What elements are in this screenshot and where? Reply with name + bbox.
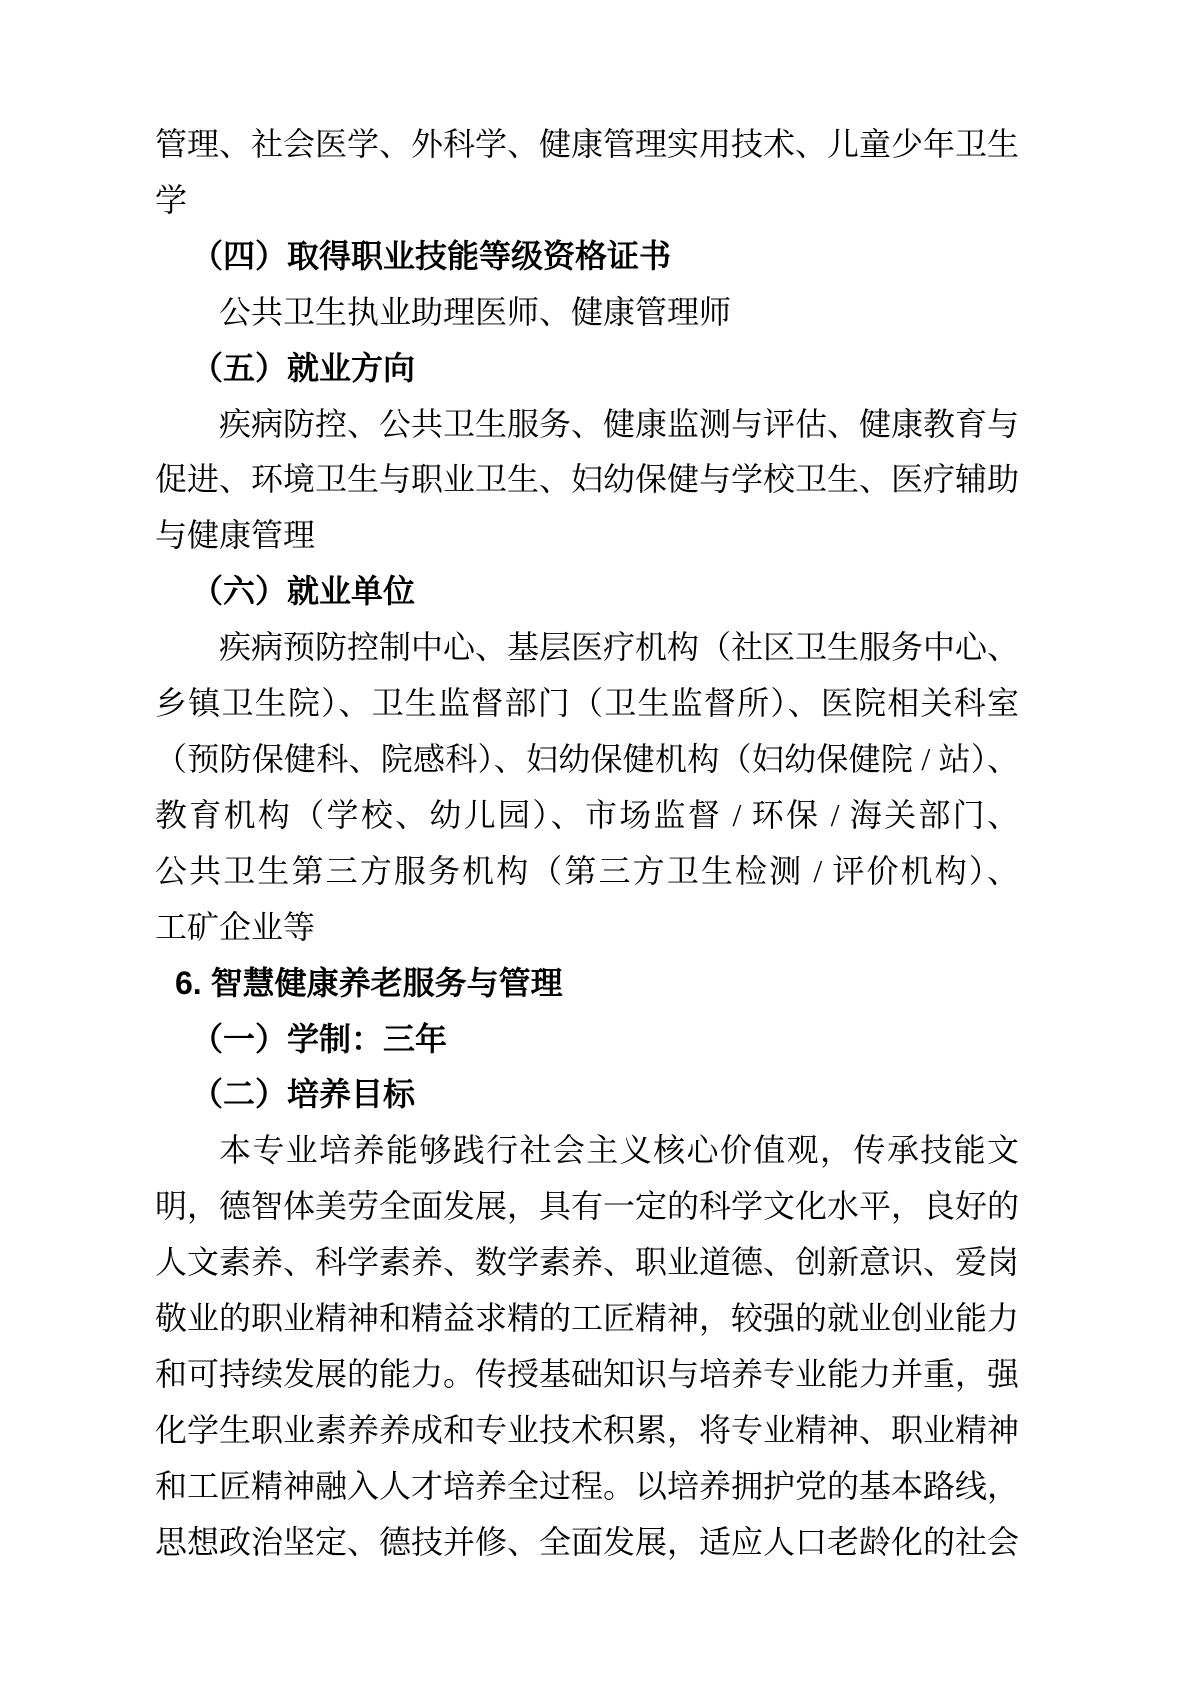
paragraph-line: 学 (155, 173, 1019, 229)
paragraph-line: 公共卫生第三方服务机构（第三方卫生检测 / 评价机构）、 (155, 844, 1019, 900)
paragraph-line: 疾病防控、公共卫生服务、健康监测与评估、健康教育与 (155, 397, 1019, 453)
paragraph-line: 与健康管理 (155, 508, 1019, 564)
paragraph-line: 管理、社会医学、外科学、健康管理实用技术、儿童少年卫生 (155, 117, 1019, 173)
paragraph-line: 和工匠精神融入人才培养全过程。以培养拥护党的基本路线， (155, 1459, 1019, 1515)
paragraph-line: 本专业培养能够践行社会主义核心价值观，传承技能文 (155, 1123, 1019, 1179)
paragraph-line: 人文素养、科学素养、数学素养、职业道德、创新意识、爱岗 (155, 1235, 1019, 1291)
subsection-heading-employment-direction: （五）就业方向 (155, 341, 1019, 397)
paragraph-line: （预防保健科、院感科）、妇幼保健机构（妇幼保健院 / 站）、 (155, 732, 1019, 788)
paragraph-line: 工矿企业等 (155, 900, 1019, 956)
paragraph-line: 明，德智体美劳全面发展，具有一定的科学文化水平，良好的 (155, 1179, 1019, 1235)
paragraph-line: 化学生职业素养养成和专业技术积累，将专业精神、职业精神 (155, 1403, 1019, 1459)
paragraph-line: 疾病预防控制中心、基层医疗机构（社区卫生服务中心、 (155, 620, 1019, 676)
subsection-heading-training-goal: （二）培养目标 (155, 1067, 1019, 1123)
paragraph-line: 公共卫生执业助理医师、健康管理师 (155, 285, 1019, 341)
subsection-heading-duration: （一）学制：三年 (155, 1012, 1019, 1068)
section-heading-major-6: 6. 智慧健康养老服务与管理 (155, 956, 1019, 1012)
paragraph-line: 敬业的职业精神和精益求精的工匠精神，较强的就业创业能力 (155, 1291, 1019, 1347)
paragraph-line: 教育机构（学校、幼儿园）、市场监督 / 环保 / 海关部门、 (155, 788, 1019, 844)
paragraph-line: 促进、环境卫生与职业卫生、妇幼保健与学校卫生、医疗辅助 (155, 452, 1019, 508)
document-page: 管理、社会医学、外科学、健康管理实用技术、儿童少年卫生 学 （四）取得职业技能等… (0, 0, 1191, 1684)
subsection-heading-employers: （六）就业单位 (155, 564, 1019, 620)
paragraph-line: 乡镇卫生院）、卫生监督部门（卫生监督所）、医院相关科室 (155, 676, 1019, 732)
subsection-heading-certificates: （四）取得职业技能等级资格证书 (155, 229, 1019, 285)
document-text-block: 管理、社会医学、外科学、健康管理实用技术、儿童少年卫生 学 （四）取得职业技能等… (155, 117, 1019, 1571)
paragraph-line: 思想政治坚定、德技并修、全面发展，适应人口老龄化的社会 (155, 1515, 1019, 1571)
paragraph-line: 和可持续发展的能力。传授基础知识与培养专业能力并重，强 (155, 1347, 1019, 1403)
